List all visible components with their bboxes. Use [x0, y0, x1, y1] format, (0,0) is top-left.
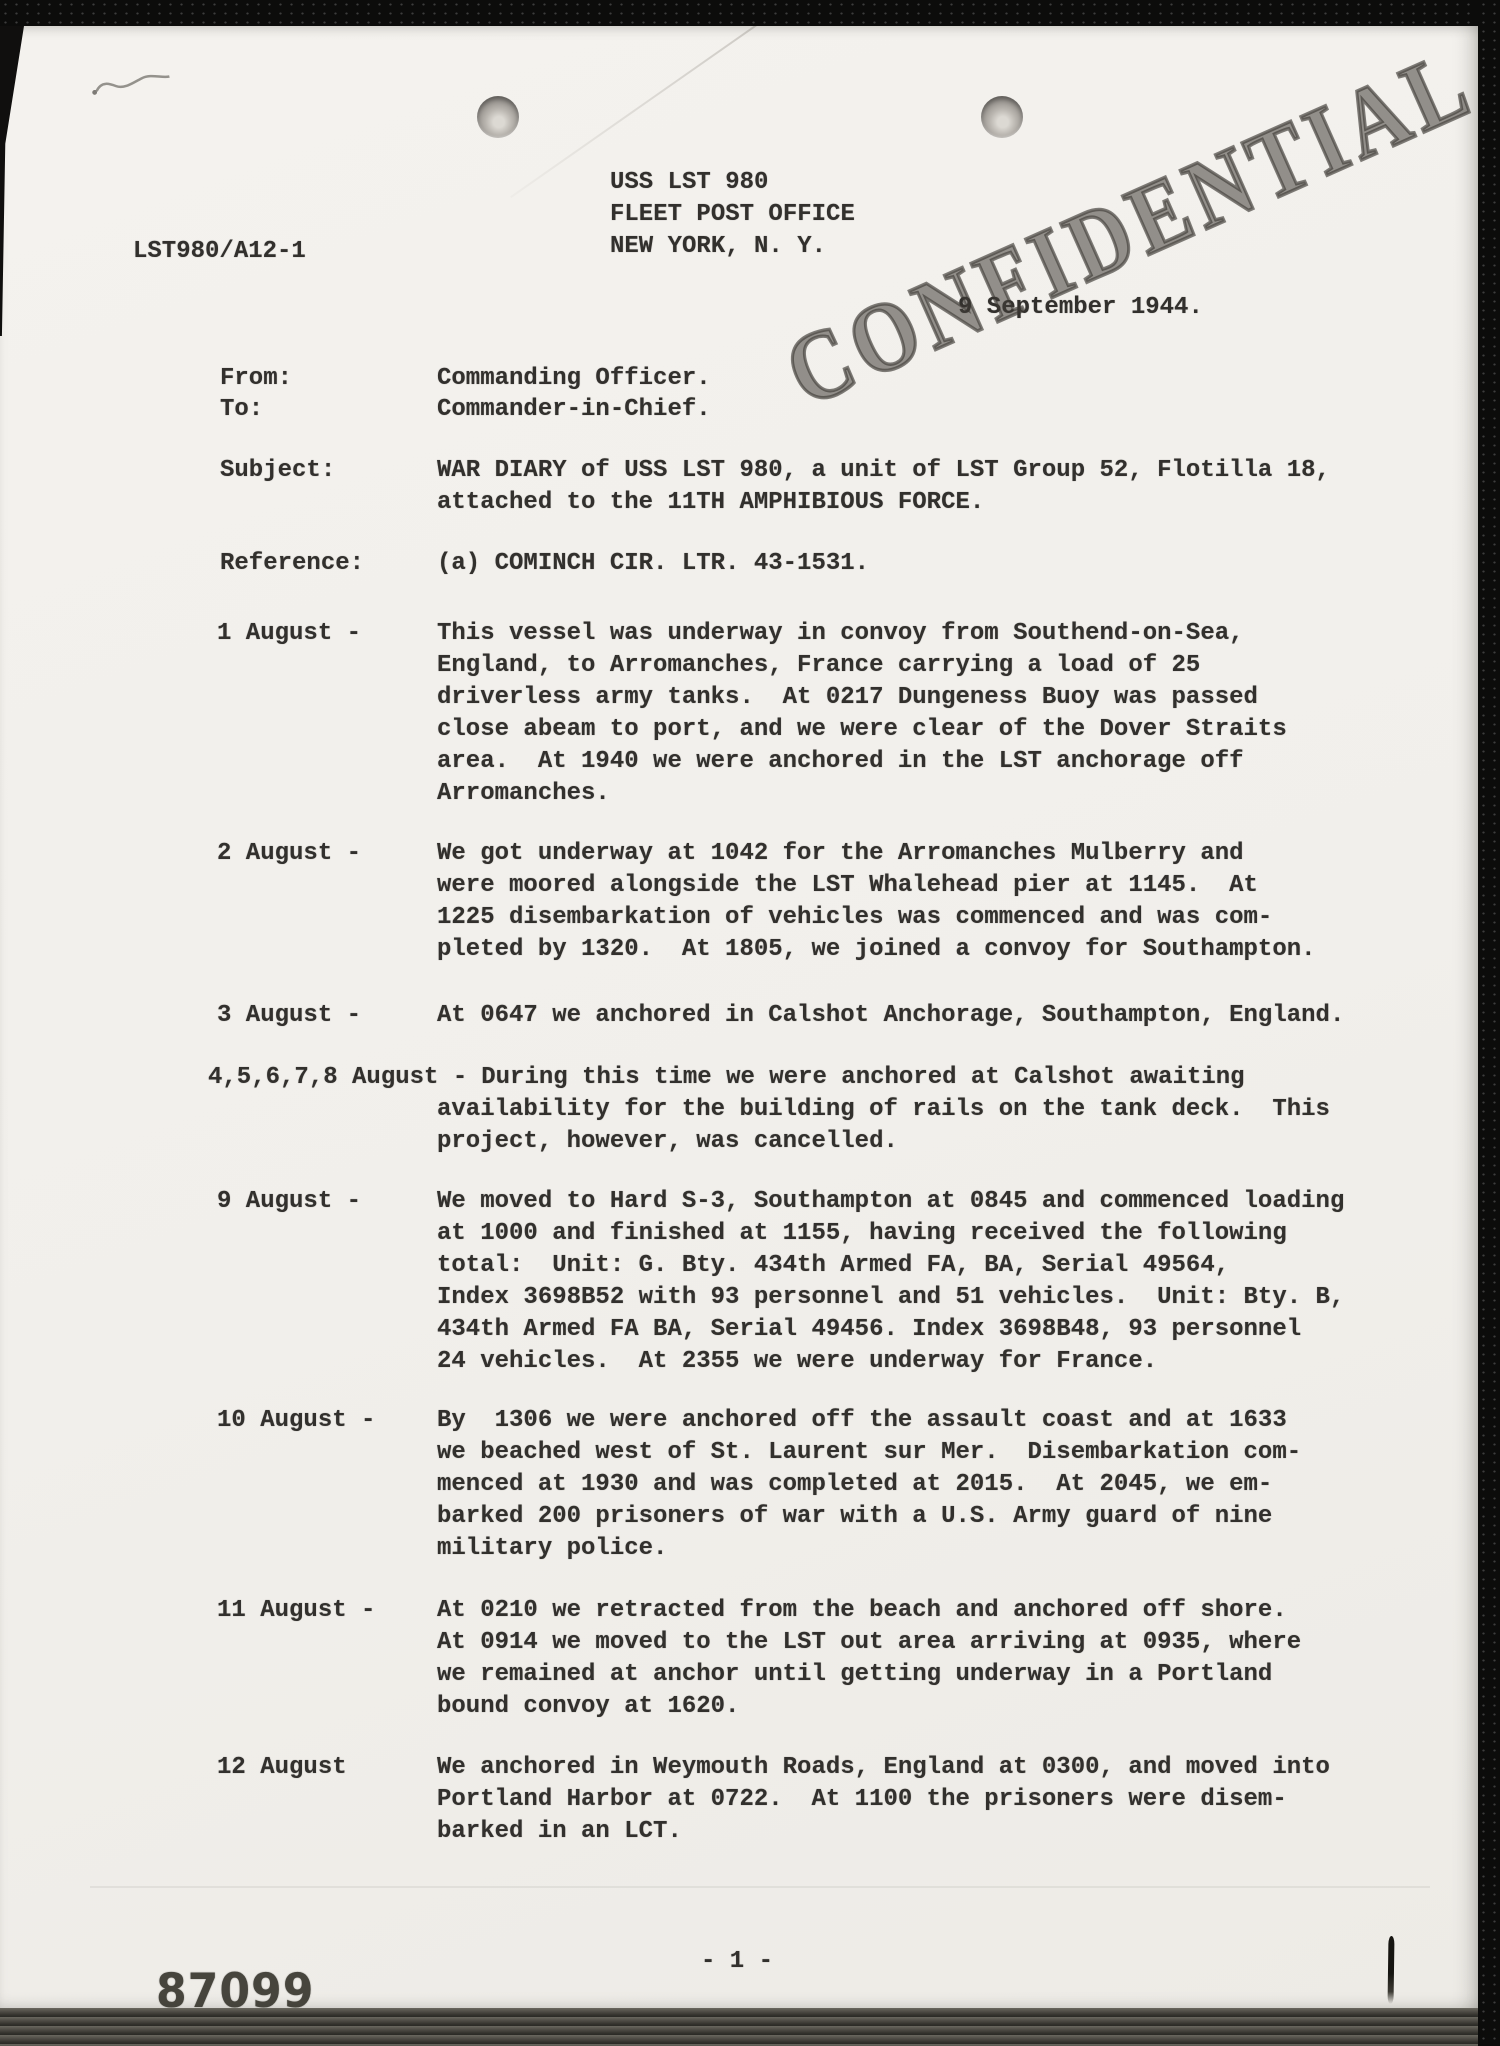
entry-text: At 0210 we retracted from the beach and …: [437, 1595, 1377, 1723]
entry-text: We got underway at 1042 for the Arromanc…: [437, 838, 1377, 966]
reference-label: Reference:: [220, 548, 364, 580]
subject-value: WAR DIARY of USS LST 980, a unit of LST …: [437, 455, 1377, 519]
entry-text: This vessel was underway in convoy from …: [437, 618, 1377, 810]
entry-text: By 1306 we were anchored off the assault…: [437, 1405, 1377, 1565]
scan-edge-top: [0, 0, 1500, 26]
file-reference: LST980/A12-1: [133, 236, 306, 268]
entry-date-label: 2 August -: [217, 838, 361, 870]
scan-edge-bottom: [0, 2008, 1500, 2046]
scanned-document-page: CONFIDENTIAL LST980/A12-1 USS LST 980 FL…: [0, 0, 1500, 2046]
punch-hole-left: [477, 96, 519, 138]
entry-date-label: 10 August -: [217, 1405, 375, 1437]
ink-squiggle-mark: [85, 62, 208, 105]
entry-text: availability for the building of rails o…: [437, 1094, 1377, 1158]
to-label: To:: [220, 394, 263, 426]
subject-label: Subject:: [220, 455, 335, 487]
entry-date-label: 1 August -: [217, 618, 361, 650]
entry-text: We moved to Hard S-3, Southampton at 084…: [437, 1186, 1377, 1378]
entry-date-label: 4,5,6,7,8 August -: [208, 1064, 467, 1091]
letterhead: USS LST 980 FLEET POST OFFICE NEW YORK, …: [610, 167, 855, 263]
entry-text: We anchored in Weymouth Roads, England a…: [437, 1752, 1377, 1848]
crease-line-horizontal: [90, 1886, 1430, 1888]
entry-text-start: During this time we were anchored at Cal…: [481, 1064, 1244, 1091]
entry-date-label: 11 August -: [217, 1595, 375, 1627]
entry-date-label: 12 August: [217, 1752, 347, 1784]
from-value: Commanding Officer.: [437, 363, 711, 395]
entry-first-line: 4,5,6,7,8 August -During this time we we…: [208, 1062, 1388, 1094]
entry-date-label: 9 August -: [217, 1186, 361, 1218]
to-value: Commander-in-Chief.: [437, 394, 711, 426]
punch-hole-right: [981, 96, 1023, 138]
ink-tick-mark: [1388, 1936, 1395, 2004]
entry-text: At 0647 we anchored in Calshot Anchorage…: [437, 1000, 1377, 1032]
entry-date-label: 3 August -: [217, 1000, 361, 1032]
confidential-stamp: CONFIDENTIAL: [770, 27, 1490, 430]
from-label: From:: [220, 363, 292, 395]
paper-sheet: CONFIDENTIAL LST980/A12-1 USS LST 980 FL…: [0, 26, 1478, 2012]
reference-value: (a) COMINCH CIR. LTR. 43-1531.: [437, 548, 869, 580]
page-number: - 1 -: [701, 1946, 773, 1978]
scan-edge-right: [1478, 0, 1500, 2046]
